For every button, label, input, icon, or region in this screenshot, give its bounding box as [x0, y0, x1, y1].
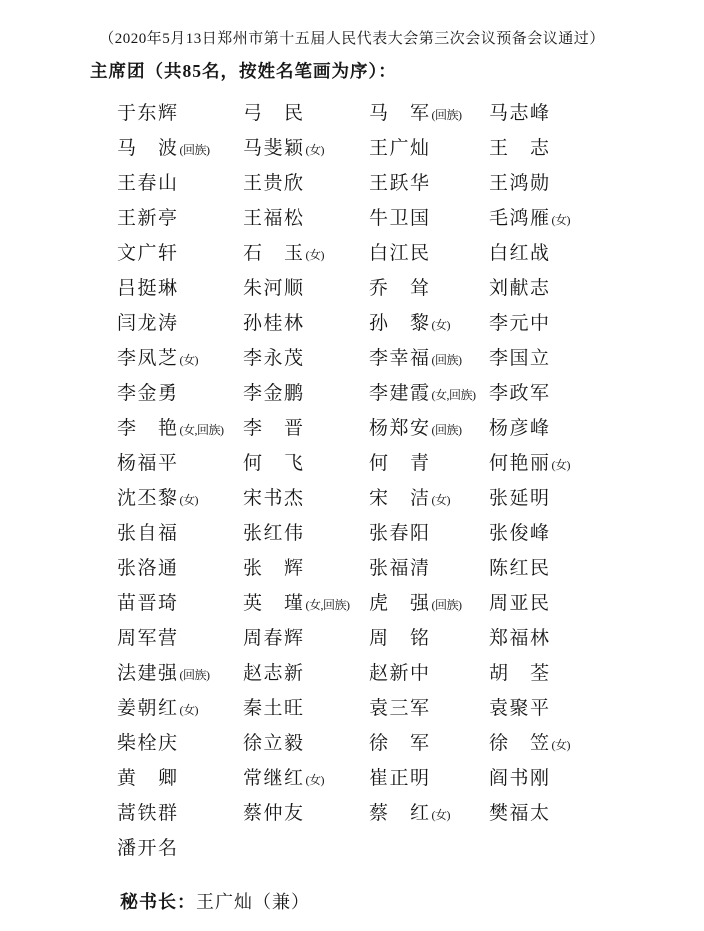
roster-cell: 何 飞	[243, 446, 369, 481]
member-name: 李 艳	[117, 418, 179, 439]
roster-cell: 徐立毅	[243, 726, 369, 761]
member-name: 马 波	[117, 138, 179, 159]
member-name: 袁聚平	[489, 698, 551, 719]
roster-cell: 孙桂林	[243, 306, 369, 341]
roster-cell: 陈红民	[489, 551, 677, 586]
member-name: 王福松	[243, 208, 305, 229]
member-name: 何 青	[369, 453, 431, 474]
member-annotation: (女)	[306, 143, 325, 157]
member-name: 徐 军	[369, 733, 431, 754]
roster-cell: 徐 笠(女)	[489, 726, 677, 761]
roster-cell: 马 军(回族)	[369, 96, 489, 131]
member-name: 朱河顺	[243, 278, 305, 299]
roster-cell: 英 瑾(女,回族)	[243, 586, 369, 621]
roster-cell: 宋 洁(女)	[369, 481, 489, 516]
roster-cell: 李幸福(回族)	[369, 341, 489, 376]
roster-cell: 虎 强(回族)	[369, 586, 489, 621]
member-name: 张红伟	[243, 523, 305, 544]
member-annotation: (女)	[180, 353, 199, 367]
member-annotation: (女)	[432, 808, 451, 822]
secretary-general-line: 秘书长：王广灿（兼）	[120, 888, 310, 914]
roster-cell: 王 志	[489, 131, 677, 166]
roster-cell: 于东辉	[117, 96, 243, 131]
roster-cell: 朱河顺	[243, 271, 369, 306]
member-name: 潘开名	[117, 838, 179, 859]
roster-cell: 常继红(女)	[243, 761, 369, 796]
member-annotation: (女)	[180, 493, 199, 507]
roster-cell: 李金鹏	[243, 376, 369, 411]
member-name: 徐立毅	[243, 733, 305, 754]
member-name: 袁三军	[369, 698, 431, 719]
member-name: 张福清	[369, 558, 431, 579]
member-name: 王春山	[117, 173, 179, 194]
member-name: 白江民	[369, 243, 431, 264]
member-name: 崔正明	[369, 768, 431, 789]
member-name: 何艳丽	[489, 453, 551, 474]
member-name: 柴栓庆	[117, 733, 179, 754]
member-name: 王新亭	[117, 208, 179, 229]
roster-cell: 阎书刚	[489, 761, 677, 796]
roster-cell: 潘开名	[117, 831, 243, 866]
roster-cell: 李永茂	[243, 341, 369, 376]
member-name: 牛卫国	[369, 208, 431, 229]
roster-cell: 张延明	[489, 481, 677, 516]
member-name: 周 铭	[369, 628, 431, 649]
member-name: 王广灿	[369, 138, 431, 159]
roster-cell: 沈丕黎(女)	[117, 481, 243, 516]
member-name: 胡 荃	[489, 663, 551, 684]
member-name: 赵志新	[243, 663, 305, 684]
member-name: 李 晋	[243, 418, 305, 439]
roster-cell: 胡 荃	[489, 656, 677, 691]
member-name: 何 飞	[243, 453, 305, 474]
member-name: 杨郑安	[369, 418, 431, 439]
roster-cell	[369, 831, 489, 866]
roster-cell: 弓 民	[243, 96, 369, 131]
member-name: 周春辉	[243, 628, 305, 649]
member-annotation: (女)	[306, 248, 325, 262]
roster-cell: 秦土旺	[243, 691, 369, 726]
member-name: 王跃华	[369, 173, 431, 194]
roster-cell: 李政军	[489, 376, 677, 411]
member-name: 李永茂	[243, 348, 305, 369]
member-name: 王鸿勋	[489, 173, 551, 194]
member-name: 杨彦峰	[489, 418, 551, 439]
member-name: 吕挺琳	[117, 278, 179, 299]
member-name: 马志峰	[489, 103, 551, 124]
member-annotation: (女)	[432, 493, 451, 507]
roster-cell: 郑福林	[489, 621, 677, 656]
member-name: 阎书刚	[489, 768, 551, 789]
member-name: 闫龙涛	[117, 313, 179, 334]
member-name: 李政军	[489, 383, 551, 404]
member-name: 虎 强	[369, 593, 431, 614]
roster-cell: 樊福太	[489, 796, 677, 831]
roster-cell: 石 玉(女)	[243, 236, 369, 271]
document-page: （2020年5月13日郑州市第十五届人民代表大会第三次会议预备会议通过） 主席团…	[0, 0, 704, 931]
roster-cell: 张红伟	[243, 516, 369, 551]
member-annotation: (女)	[552, 458, 571, 472]
roster-cell: 王福松	[243, 201, 369, 236]
roster-cell: 蔡仲友	[243, 796, 369, 831]
member-name: 苗晋琦	[117, 593, 179, 614]
roster-cell	[489, 831, 677, 866]
member-name: 石 玉	[243, 243, 305, 264]
roster-cell: 闫龙涛	[117, 306, 243, 341]
member-name: 陈红民	[489, 558, 551, 579]
roster-cell: 张福清	[369, 551, 489, 586]
roster-cell: 张春阳	[369, 516, 489, 551]
roster-cell: 苗晋琦	[117, 586, 243, 621]
member-annotation: (回族)	[180, 143, 210, 157]
roster-cell: 张 辉	[243, 551, 369, 586]
roster-cell	[243, 831, 369, 866]
roster-cell: 马志峰	[489, 96, 677, 131]
roster-cell: 杨彦峰	[489, 411, 677, 446]
roster-cell: 毛鸿雁(女)	[489, 201, 677, 236]
member-annotation: (女,回族)	[180, 423, 224, 437]
member-name: 张洛通	[117, 558, 179, 579]
member-name: 文广轩	[117, 243, 179, 264]
member-name: 蔡 红	[369, 803, 431, 824]
roster-cell: 宋书杰	[243, 481, 369, 516]
roster-cell: 李元中	[489, 306, 677, 341]
roster-cell: 文广轩	[117, 236, 243, 271]
secretary-general-name: 王广灿（兼）	[196, 892, 310, 912]
roster-cell: 姜朝红(女)	[117, 691, 243, 726]
roster-cell: 王新亭	[117, 201, 243, 236]
member-name: 李幸福	[369, 348, 431, 369]
roster-cell: 李国立	[489, 341, 677, 376]
member-name: 马 军	[369, 103, 431, 124]
roster-cell: 袁三军	[369, 691, 489, 726]
member-annotation: (回族)	[432, 423, 462, 437]
member-annotation: (女)	[432, 318, 451, 332]
member-name: 李金勇	[117, 383, 179, 404]
roster-cell: 周春辉	[243, 621, 369, 656]
member-name: 徐 笠	[489, 733, 551, 754]
roster-cell: 李凤芝(女)	[117, 341, 243, 376]
member-name: 李金鹏	[243, 383, 305, 404]
member-name: 沈丕黎	[117, 488, 179, 509]
roster-cell: 周军营	[117, 621, 243, 656]
member-annotation: (女)	[180, 703, 199, 717]
roster-cell: 王贵欣	[243, 166, 369, 201]
member-name: 白红战	[489, 243, 551, 264]
member-name: 郑福林	[489, 628, 551, 649]
roster-cell: 张俊峰	[489, 516, 677, 551]
member-name: 马斐颖	[243, 138, 305, 159]
member-name: 张自福	[117, 523, 179, 544]
roster-cell: 何艳丽(女)	[489, 446, 677, 481]
member-name: 李国立	[489, 348, 551, 369]
member-name: 王贵欣	[243, 173, 305, 194]
member-annotation: (女,回族)	[306, 598, 350, 612]
roster-cell: 何 青	[369, 446, 489, 481]
member-annotation: (女)	[306, 773, 325, 787]
roster-cell: 王春山	[117, 166, 243, 201]
member-annotation: (回族)	[432, 108, 462, 122]
member-annotation: (回族)	[432, 353, 462, 367]
roster-cell: 李金勇	[117, 376, 243, 411]
roster-cell: 牛卫国	[369, 201, 489, 236]
member-name: 李凤芝	[117, 348, 179, 369]
roster-cell: 周 铭	[369, 621, 489, 656]
member-name: 宋书杰	[243, 488, 305, 509]
member-name: 弓 民	[243, 103, 305, 124]
roster-cell: 王鸿勋	[489, 166, 677, 201]
member-annotation: (回族)	[432, 598, 462, 612]
roster-cell: 黄 卿	[117, 761, 243, 796]
member-name: 张 辉	[243, 558, 305, 579]
presidium-heading: 主席团（共85名，按姓名笔画为序）：	[90, 58, 397, 83]
roster-grid: 于东辉弓 民马 军(回族)马志峰马 波(回族)马斐颖(女)王广灿王 志王春山王贵…	[117, 96, 677, 866]
roster-cell: 杨福平	[117, 446, 243, 481]
member-name: 英 瑾	[243, 593, 305, 614]
roster-cell: 赵志新	[243, 656, 369, 691]
member-name: 乔 耸	[369, 278, 431, 299]
roster-cell: 赵新中	[369, 656, 489, 691]
roster-cell: 王跃华	[369, 166, 489, 201]
member-name: 樊福太	[489, 803, 551, 824]
roster-cell: 杨郑安(回族)	[369, 411, 489, 446]
member-name: 秦土旺	[243, 698, 305, 719]
member-name: 张春阳	[369, 523, 431, 544]
member-name: 王 志	[489, 138, 551, 159]
roster-cell: 马斐颖(女)	[243, 131, 369, 166]
member-name: 黄 卿	[117, 768, 179, 789]
member-name: 常继红	[243, 768, 305, 789]
member-name: 于东辉	[117, 103, 179, 124]
roster-cell: 李 艳(女,回族)	[117, 411, 243, 446]
member-name: 姜朝红	[117, 698, 179, 719]
roster-cell: 蒿铁群	[117, 796, 243, 831]
member-name: 杨福平	[117, 453, 179, 474]
member-name: 周军营	[117, 628, 179, 649]
roster-cell: 李建霞(女,回族)	[369, 376, 489, 411]
member-annotation: (女,回族)	[432, 388, 476, 402]
roster-cell: 刘献志	[489, 271, 677, 306]
member-name: 周亚民	[489, 593, 551, 614]
secretary-general-label: 秘书长：	[120, 892, 196, 912]
roster-cell: 王广灿	[369, 131, 489, 166]
roster-cell: 张自福	[117, 516, 243, 551]
roster-cell: 袁聚平	[489, 691, 677, 726]
member-name: 赵新中	[369, 663, 431, 684]
roster-cell: 乔 耸	[369, 271, 489, 306]
roster-cell: 周亚民	[489, 586, 677, 621]
member-name: 蔡仲友	[243, 803, 305, 824]
member-annotation: (回族)	[180, 668, 210, 682]
member-name: 宋 洁	[369, 488, 431, 509]
member-name: 刘献志	[489, 278, 551, 299]
roster-cell: 徐 军	[369, 726, 489, 761]
member-name: 蒿铁群	[117, 803, 179, 824]
roster-cell: 马 波(回族)	[117, 131, 243, 166]
member-name: 孙 黎	[369, 313, 431, 334]
member-annotation: (女)	[552, 213, 571, 227]
member-name: 张延明	[489, 488, 551, 509]
roster-cell: 张洛通	[117, 551, 243, 586]
member-name: 李建霞	[369, 383, 431, 404]
roster-cell: 蔡 红(女)	[369, 796, 489, 831]
approval-note: （2020年5月13日郑州市第十五届人民代表大会第三次会议预备会议通过）	[0, 27, 704, 48]
member-name: 孙桂林	[243, 313, 305, 334]
roster-cell: 柴栓庆	[117, 726, 243, 761]
roster-cell: 孙 黎(女)	[369, 306, 489, 341]
member-name: 李元中	[489, 313, 551, 334]
member-name: 张俊峰	[489, 523, 551, 544]
roster-cell: 崔正明	[369, 761, 489, 796]
member-name: 毛鸿雁	[489, 208, 551, 229]
roster-cell: 吕挺琳	[117, 271, 243, 306]
roster-cell: 法建强(回族)	[117, 656, 243, 691]
member-annotation: (女)	[552, 738, 571, 752]
member-name: 法建强	[117, 663, 179, 684]
roster-cell: 白江民	[369, 236, 489, 271]
roster-cell: 白红战	[489, 236, 677, 271]
roster-cell: 李 晋	[243, 411, 369, 446]
